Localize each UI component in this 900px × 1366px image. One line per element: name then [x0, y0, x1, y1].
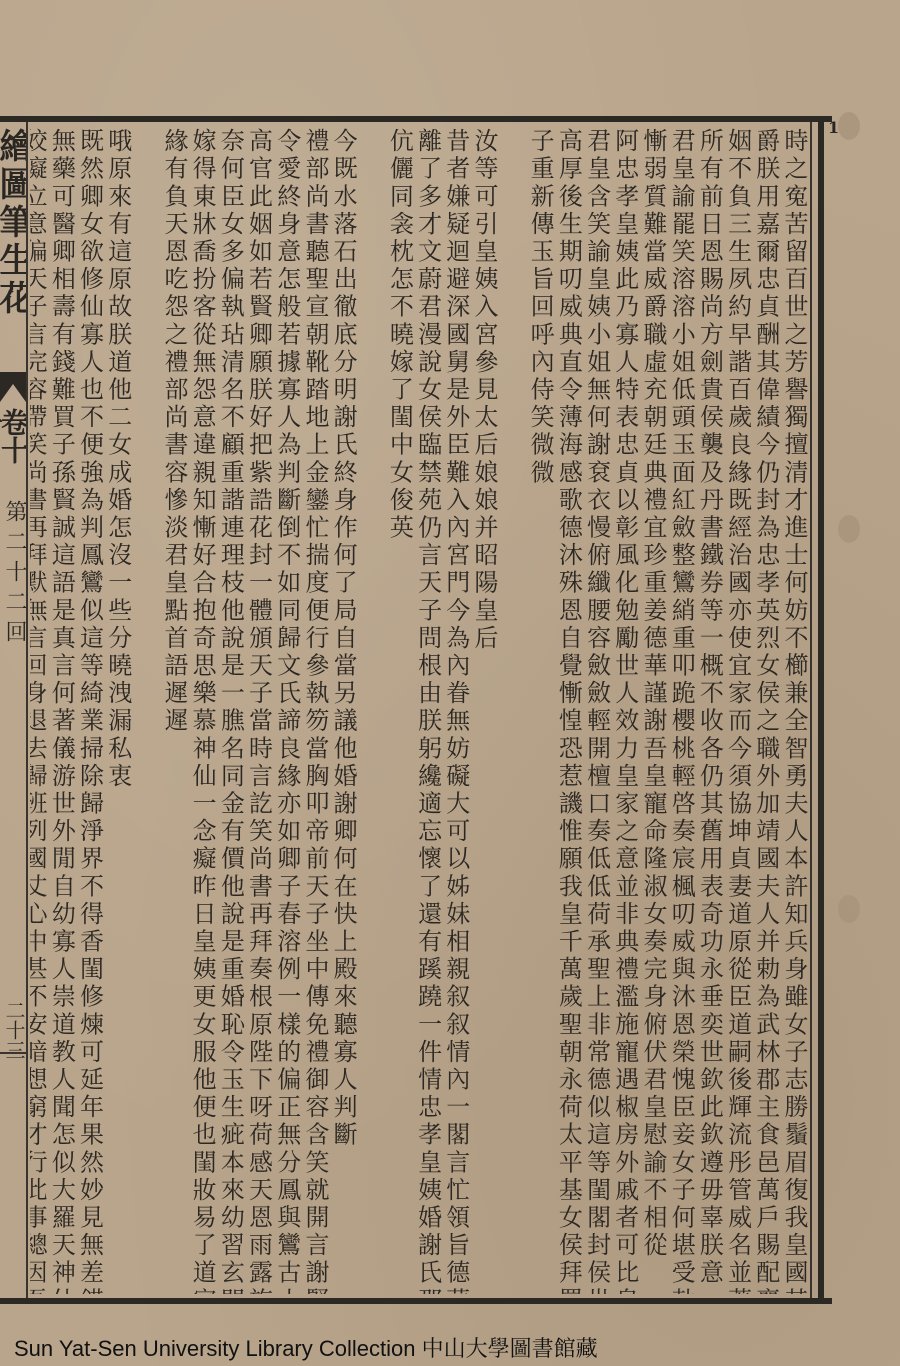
frame-bottom-border [0, 1298, 832, 1304]
text-column: 奈何臣女多偏執玷清名不顧重諧連理枝他說是一膲名同金有價他說是重婚恥令玉生疵本來幼… [216, 128, 244, 1294]
frame-right-inner-line [810, 122, 812, 1298]
binding-hole-icon [838, 895, 860, 923]
text-column: 時之寃苦留百世之芳譽獨擅清才進士何妨不櫛兼全智勇夫人本許知兵身雖女子志勝鬚眉復我… [780, 128, 808, 1294]
text-column: 高厚後生期叨威典直令薄海感歌德沐殊恩自覺慚惶恐惹譏惟願我皇千萬歲聖朝永荷太平基女… [554, 128, 582, 1294]
text-column: 君皇諭罷笑溶溶小姐低頭玉面紅斂整鸞綃重叩跪櫻桃輕啓奏宸楓叨威與沐恩榮愧臣妾女子何… [667, 128, 695, 1294]
text-column: 今既水落石出徹底分明謝氏終身作何了局自當另議他婚謝卿何在快上殿來聽寡人判斷 [329, 128, 385, 1294]
text-column: 既然卿女欲修仙寡人也不便強為判鳳鸞似這等綺業掃除歸淨界不得香閨修煉可延年果然妙見… [75, 128, 103, 1294]
text-column: 離了多才文蔚君漫說女侯臨禁苑仍言天子問根由朕躬纔適忘懷了還有蹊蹺一件情忠孝皇姨婚… [413, 128, 441, 1294]
text-column: 君皇含笑諭皇姨小姐無何謝袞衣慢俯纖腰容斂斂輕開檀口奏低低荷承聖上非常德似這等閨閣… [582, 128, 610, 1294]
text-column: 阿忠孝皇姨此乃寡人特表忠貞以彰風化勉勵世人效力皇家之意並非典禮濫施寵遇椒房外戚者… [611, 128, 639, 1294]
text-column: 無藥可醫卿相壽有錢難買子孫賢誠這語是真言何著儀游世外閒自幼寡人崇道教人聞怎似大羅… [47, 128, 75, 1294]
text-column: 令愛終身意怎般若據寡人為判斷倒不如同歸文氏諦良緣亦如卿子春溶例一樣的偏正無分鳳與… [273, 128, 301, 1294]
text-column: 子重新傳玉旨回呼內侍笑微微 [526, 128, 554, 1294]
text-column: 汝等可引皇姨入宮參見太后娘娘并昭陽皇后 [470, 128, 526, 1294]
text-column: 伉儷同衾枕怎不曉嫁了閨中女俊英 [385, 128, 413, 1294]
text-column: 慚弱質難當威爵職虛充朝廷典禮宜珍重姜德華謹謝吾皇寵命隆淑女奏完身俯伏君皇慰諭不相… [639, 128, 667, 1294]
text-column: 高官此姻如若賢卿願朕好把紫誥花封一體頒天子當時言訖笑尚書再拜奏根原陛下呀荷感天恩… [244, 128, 272, 1294]
volume-label: 卷十一 [0, 408, 26, 488]
binding-hole-icon [838, 515, 860, 543]
frame-right-border [818, 116, 824, 1304]
text-column: 爵朕用嘉爾忠貞酬其偉績今仍封為忠孝英烈女侯之職外加靖國夫人并勅為武林郡主食邑萬戶… [752, 128, 780, 1294]
text-column: 嫁得東牀喬扮客從無怨意違親知慚好合抱奇思樂慕神仙一念癡昨日皇姨更女服他便也閨妝易… [188, 128, 216, 1294]
text-column: 姻不負三生夙約早諧百歲良緣既經治國亦使宜家而今須協坤貞妻道原從臣道嗣後輝流彤管威… [723, 128, 751, 1294]
text-column: 哦原來有這原故朕道他二女成婚怎沒一些分曉洩漏私衷 [104, 128, 160, 1294]
margin-divider-line [26, 122, 28, 1298]
frame-top-border [0, 116, 832, 122]
text-column: 所有前日恩賜尚方劍貴侯襲及丹書鐵券等一概不收各仍其舊用表奇功永垂奕世欽此欽遵毋辜… [695, 128, 723, 1294]
library-watermark: Sun Yat-Sen University Library Collectio… [14, 1332, 598, 1363]
main-text-body: 時之寃苦留百世之芳譽獨擅清才進士何妨不櫛兼全智勇夫人本許知兵身雖女子志勝鬚眉復我… [30, 128, 808, 1294]
page-number-divider [0, 1052, 26, 1054]
text-column: 昔者嫌疑迴避深國舅是外臣難入內宮門今為內眷無妨礙大可以姊妹相親叙叙情內一閣言忙領… [442, 128, 470, 1294]
text-column: 禮部尚書聽聖宣朝靴踏地上金鑾忙揣度便行參執笏當胸叩帝前天子坐中傳免禮御容含笑就開… [301, 128, 329, 1294]
page-number: 二十三 [0, 1000, 26, 1060]
chapter-label: 第二十二回 [2, 500, 26, 660]
text-column: 緣有負天恩吃怨之禮部尚書容慘淡君皇點首語遲遲 [160, 128, 188, 1294]
binding-hole-icon [838, 112, 860, 140]
text-column: 姣癡立意偏天子言完容帶笑尚書再拜默無言回身退去歸班列國丈心中甚不安暗想窮才行此事… [30, 128, 47, 1294]
book-title: 繪圖筆生花 [0, 128, 26, 368]
